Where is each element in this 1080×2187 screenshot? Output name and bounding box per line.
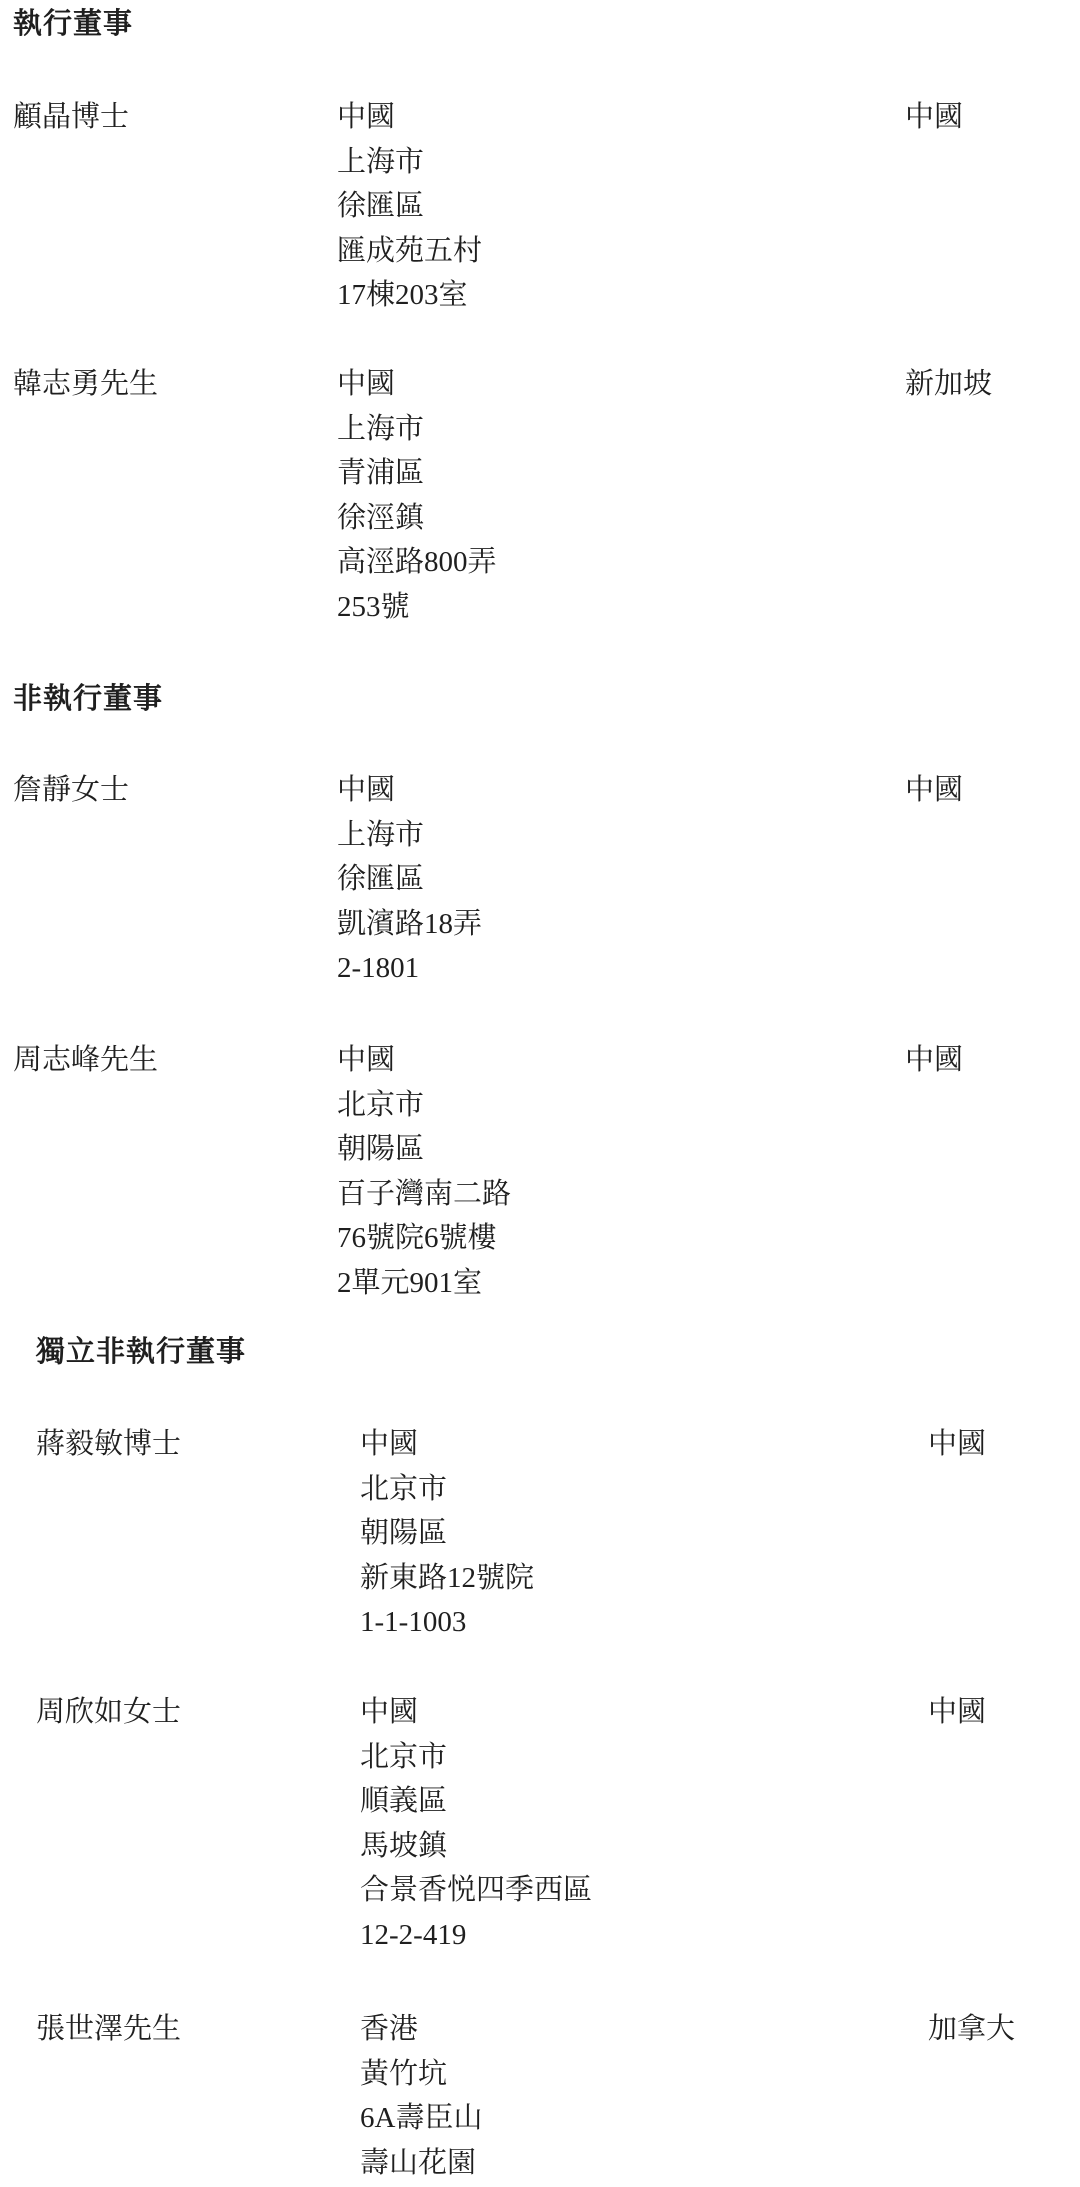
director-block: 韓志勇先生 中國 上海市 青浦區 徐涇鎮 高涇路800弄 253號 新加坡: [13, 362, 1043, 630]
director-nationality: 中國: [928, 1422, 1066, 1467]
address-line: 中國: [337, 362, 905, 407]
director-name: 蔣毅敏博士: [36, 1422, 360, 1467]
director-nationality: 加拿大: [928, 2007, 1066, 2052]
address-line: 17棟203室: [337, 273, 905, 318]
director-address: 中國 北京市 朝陽區 新東路12號院 1-1-1003: [360, 1422, 928, 1645]
address-line: 朝陽區: [360, 1511, 928, 1556]
address-line: 馬坡鎮: [360, 1824, 928, 1869]
address-line: 1-1-1003: [360, 1600, 928, 1645]
address-line: 新東路12號院: [360, 1556, 928, 1601]
address-line: 北京市: [360, 1467, 928, 1512]
address-line: 北京市: [360, 1735, 928, 1780]
director-address: 中國 上海市 徐匯區 凱濱路18弄 2-1801: [337, 768, 905, 991]
director-name: 顧晶博士: [13, 95, 337, 140]
address-line: 76號院6號樓: [337, 1216, 905, 1261]
director-name: 韓志勇先生: [13, 362, 337, 407]
director-block: 周欣如女士 中國 北京市 順義區 馬坡鎮 合景香悦四季西區 12-2-419 中…: [36, 1690, 1066, 1958]
address-line: 2-1801: [337, 946, 905, 991]
address-line: 順義區: [360, 1779, 928, 1824]
address-line: 中國: [360, 1690, 928, 1735]
director-address: 中國 北京市 順義區 馬坡鎮 合景香悦四季西區 12-2-419: [360, 1690, 928, 1958]
address-line: 6A壽臣山: [360, 2096, 928, 2141]
address-line: 黃竹坑: [360, 2052, 928, 2097]
director-nationality: 中國: [928, 1690, 1066, 1735]
director-address: 中國 上海市 青浦區 徐涇鎮 高涇路800弄 253號: [337, 362, 905, 630]
director-name: 張世澤先生: [36, 2007, 360, 2052]
address-line: 北京市: [337, 1083, 905, 1128]
director-name: 周志峰先生: [13, 1038, 337, 1083]
address-line: 合景香悦四季西區: [360, 1868, 928, 1913]
address-line: 徐匯區: [337, 184, 905, 229]
address-line: 中國: [337, 95, 905, 140]
director-block: 周志峰先生 中國 北京市 朝陽區 百子灣南二路 76號院6號樓 2單元901室 …: [13, 1038, 1043, 1306]
section-header-executive-directors: 執行董事: [13, 7, 133, 41]
address-line: 徐匯區: [337, 857, 905, 902]
address-line: 中國: [337, 768, 905, 813]
director-address: 中國 上海市 徐匯區 匯成苑五村 17棟203室: [337, 95, 905, 318]
director-address: 香港 黃竹坑 6A壽臣山 壽山花園: [360, 2007, 928, 2185]
address-line: 徐涇鎮: [337, 496, 905, 541]
address-line: 253號: [337, 585, 905, 630]
director-nationality: 中國: [905, 95, 1043, 140]
director-name: 周欣如女士: [36, 1690, 360, 1735]
section-header-independent-non-executive-directors: 獨立非執行董事: [36, 1335, 246, 1369]
address-line: 凱濱路18弄: [337, 902, 905, 947]
director-address: 中國 北京市 朝陽區 百子灣南二路 76號院6號樓 2單元901室: [337, 1038, 905, 1306]
director-nationality: 新加坡: [905, 362, 1043, 407]
address-line: 中國: [360, 1422, 928, 1467]
director-nationality: 中國: [905, 1038, 1043, 1083]
director-name: 詹靜女士: [13, 768, 337, 813]
address-line: 青浦區: [337, 451, 905, 496]
address-line: 上海市: [337, 140, 905, 185]
address-line: 匯成苑五村: [337, 229, 905, 274]
directors-residential-address-page: 執行董事 顧晶博士 中國 上海市 徐匯區 匯成苑五村 17棟203室 中國 韓志…: [0, 0, 1080, 2187]
address-line: 朝陽區: [337, 1127, 905, 1172]
director-block: 張世澤先生 香港 黃竹坑 6A壽臣山 壽山花園 加拿大: [36, 2007, 1066, 2185]
address-line: 2單元901室: [337, 1261, 905, 1306]
address-line: 12-2-419: [360, 1913, 928, 1958]
director-block: 詹靜女士 中國 上海市 徐匯區 凱濱路18弄 2-1801 中國: [13, 768, 1043, 991]
address-line: 百子灣南二路: [337, 1172, 905, 1217]
address-line: 壽山花園: [360, 2141, 928, 2186]
address-line: 香港: [360, 2007, 928, 2052]
section-header-non-executive-directors: 非執行董事: [13, 682, 163, 716]
director-nationality: 中國: [905, 768, 1043, 813]
director-block: 蔣毅敏博士 中國 北京市 朝陽區 新東路12號院 1-1-1003 中國: [36, 1422, 1066, 1645]
address-line: 中國: [337, 1038, 905, 1083]
director-block: 顧晶博士 中國 上海市 徐匯區 匯成苑五村 17棟203室 中國: [13, 95, 1043, 318]
address-line: 高涇路800弄: [337, 540, 905, 585]
address-line: 上海市: [337, 407, 905, 452]
address-line: 上海市: [337, 813, 905, 858]
